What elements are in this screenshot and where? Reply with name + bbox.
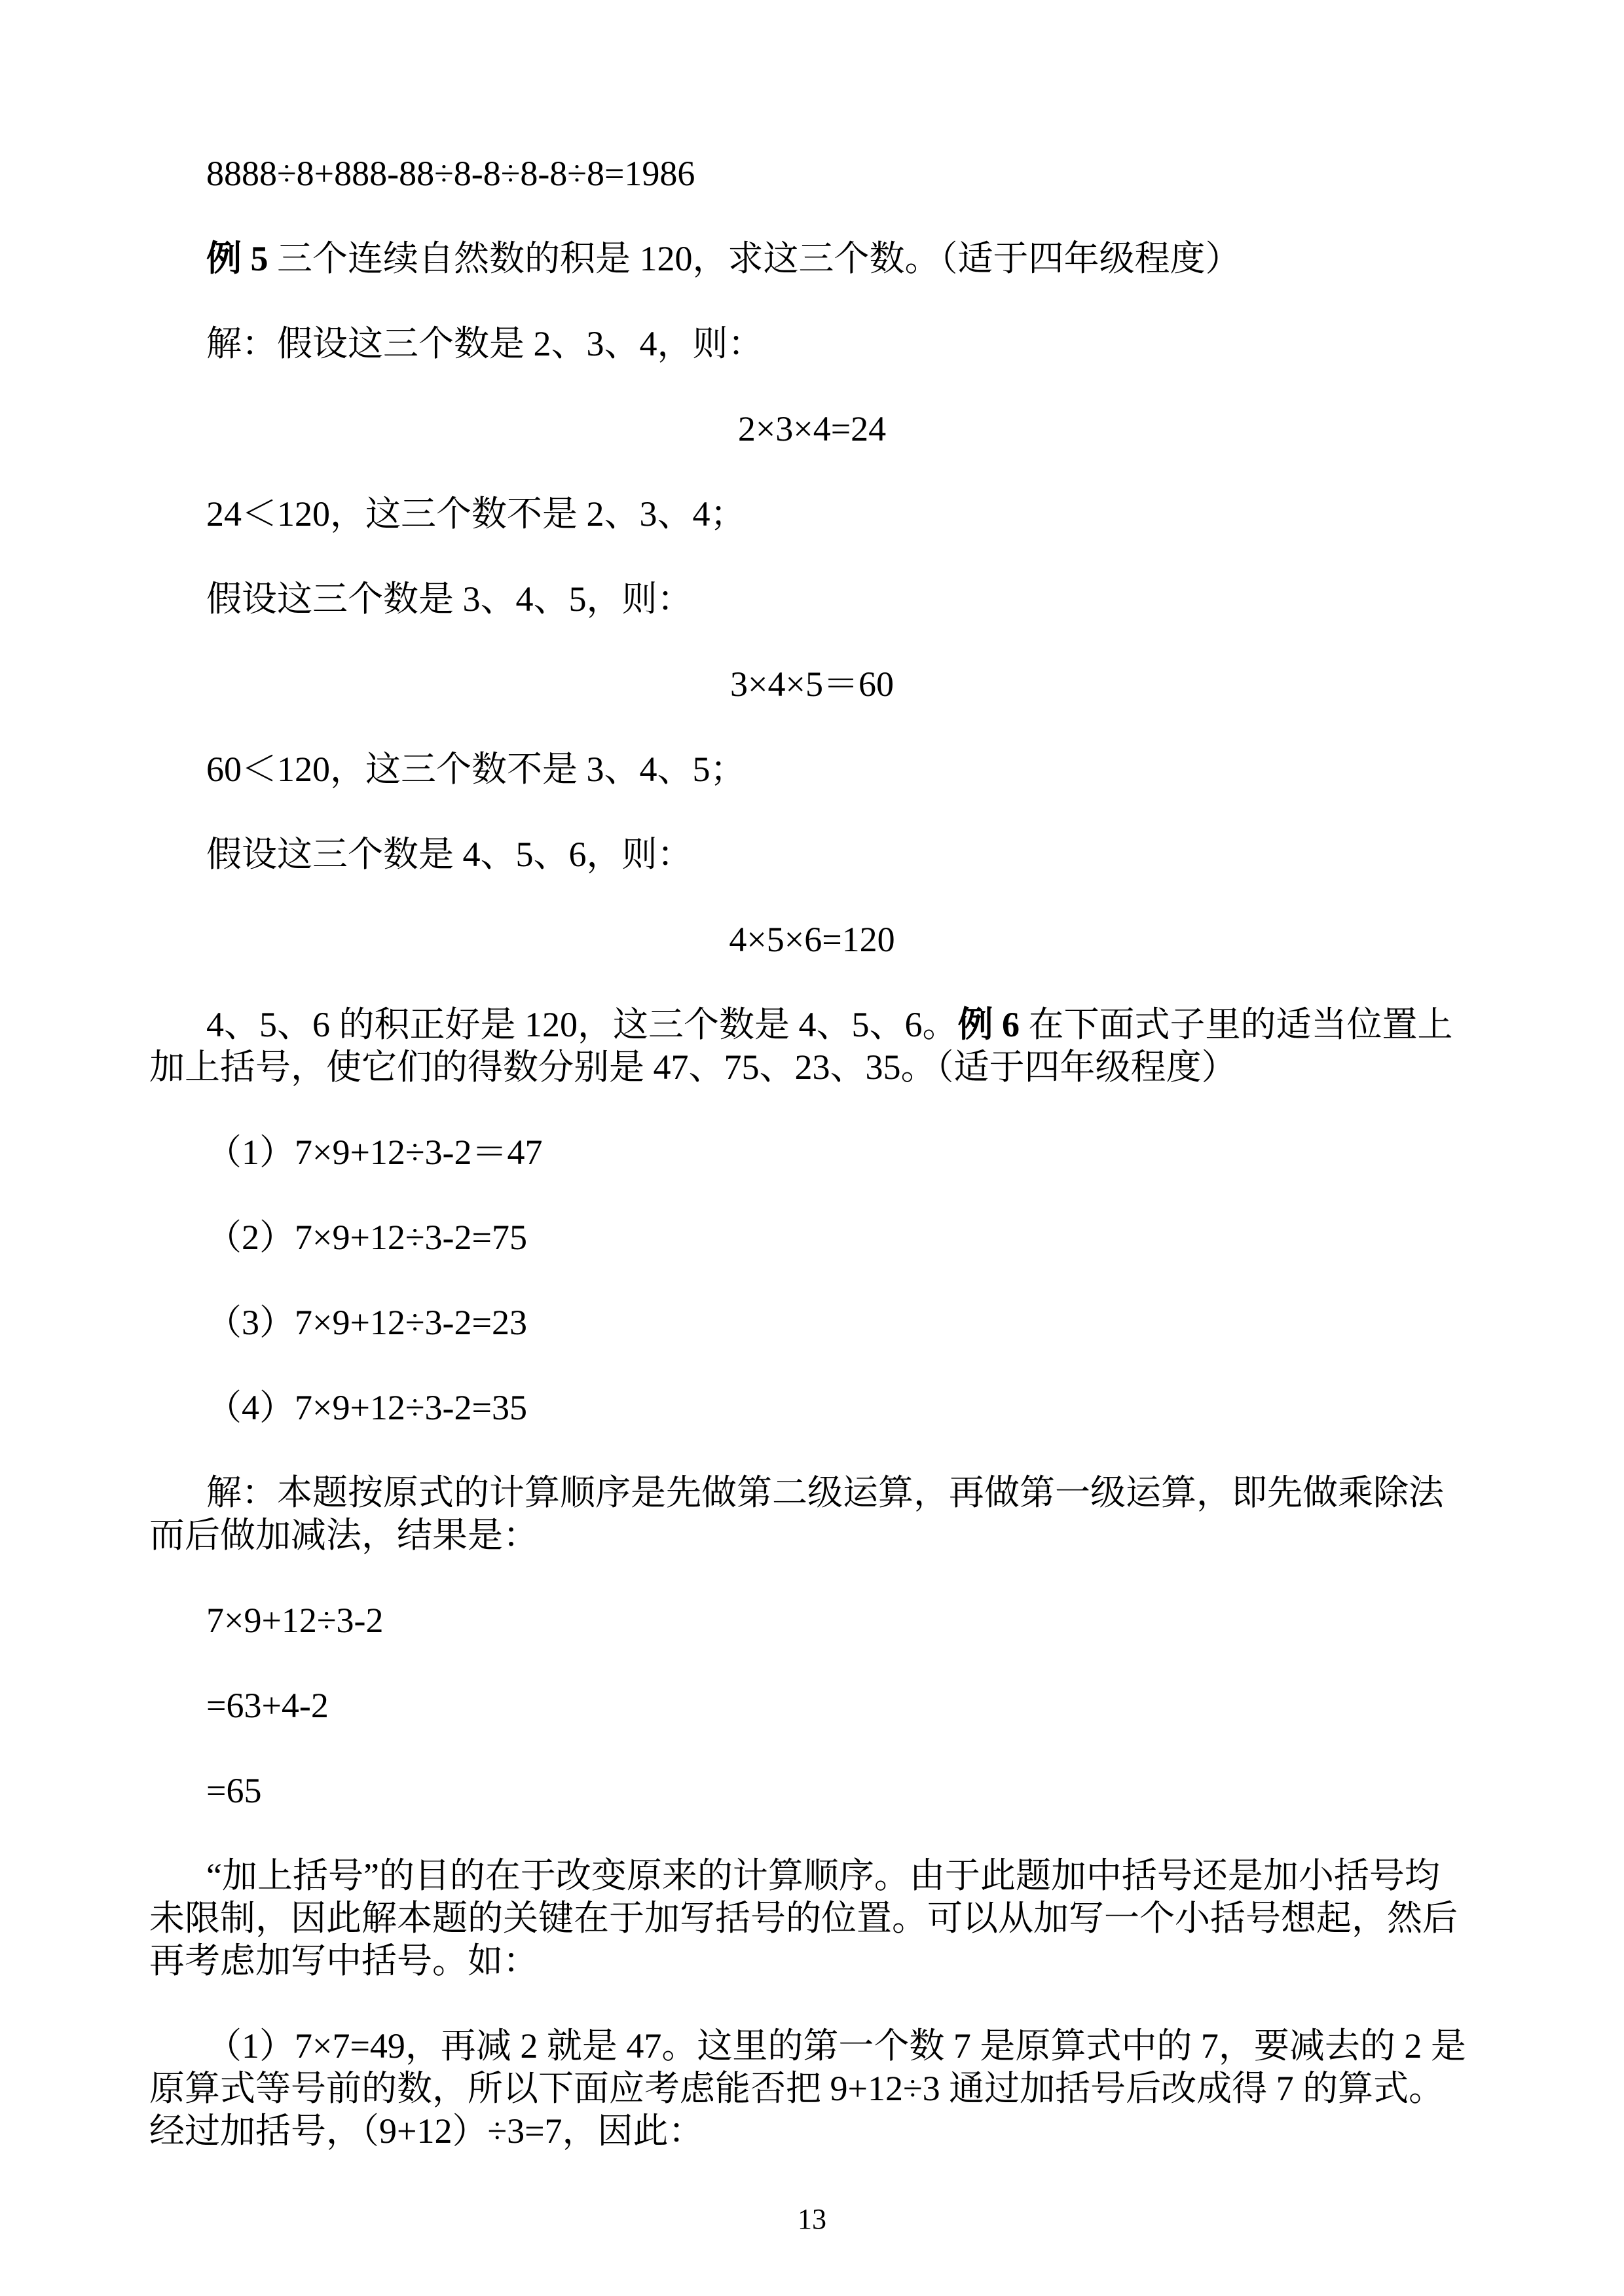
example-6-label: 例 6 <box>958 1005 1020 1044</box>
calc-original: 7×9+12÷3-2 <box>149 1599 1475 1642</box>
case-1-analysis: （1）7×7=49，再减 2 就是 47。这里的第一个数 7 是原算式中的 7，… <box>149 2025 1475 2153</box>
document-page: { "colors": { "background": "#ffffff", "… <box>0 0 1624 2296</box>
equation-3x4x5: 3×4×5＝60 <box>149 663 1475 706</box>
comparison-24: 24＜120，这三个数不是 2、3、4； <box>149 493 1475 536</box>
item-1: （1）7×9+12÷3-2＝47 <box>149 1131 1475 1174</box>
assumption-345: 假设这三个数是 3、4、5，则： <box>149 578 1475 621</box>
equation-8888: 8888÷8+888-88÷8-8÷8-8÷8=1986 <box>149 153 1475 195</box>
example-5-label: 例 5 <box>206 239 268 278</box>
calc-result: =65 <box>149 1770 1475 1812</box>
example-5-heading: 例 5 三个连续自然数的积是 120，求这三个数。（适于四年级程度） <box>149 238 1475 280</box>
note-brackets: “加上括号”的目的在于改变原来的计算顺序。由于此题加中括号还是加小括号均未限制，… <box>149 1855 1475 1982</box>
comparison-60: 60＜120，这三个数不是 3、4、5； <box>149 748 1475 791</box>
calc-step-1: =63+4-2 <box>149 1685 1475 1727</box>
item-2: （2）7×9+12÷3-2=75 <box>149 1216 1475 1259</box>
assumption-456: 假设这三个数是 4、5、6，则： <box>149 833 1475 876</box>
example-5-text: 三个连续自然数的积是 120，求这三个数。（适于四年级程度） <box>268 239 1241 278</box>
equation-2x3x4: 2×3×4=24 <box>149 408 1475 450</box>
conclusion-example-6: 4、5、6 的积正好是 120，这三个数是 4、5、6。例 6 在下面式子里的适… <box>149 1004 1475 1089</box>
equation-4x5x6: 4×5×6=120 <box>149 919 1475 961</box>
conclusion-pre: 4、5、6 的积正好是 120，这三个数是 4、5、6。 <box>206 1005 958 1044</box>
item-3: （3）7×9+12÷3-2=23 <box>149 1302 1475 1344</box>
text-column: 8888÷8+888-88÷8-8÷8-8÷8=1986 例 5 三个连续自然数… <box>0 0 1624 2153</box>
solution-5-intro: 解：假设这三个数是 2、3、4，则： <box>149 323 1475 365</box>
page-number: 13 <box>0 2205 1624 2234</box>
item-4: （4）7×9+12÷3-2=35 <box>149 1387 1475 1429</box>
solution-6-intro: 解：本题按原式的计算顺序是先做第二级运算，再做第一级运算，即先做乘除法而后做加减… <box>149 1472 1475 1557</box>
